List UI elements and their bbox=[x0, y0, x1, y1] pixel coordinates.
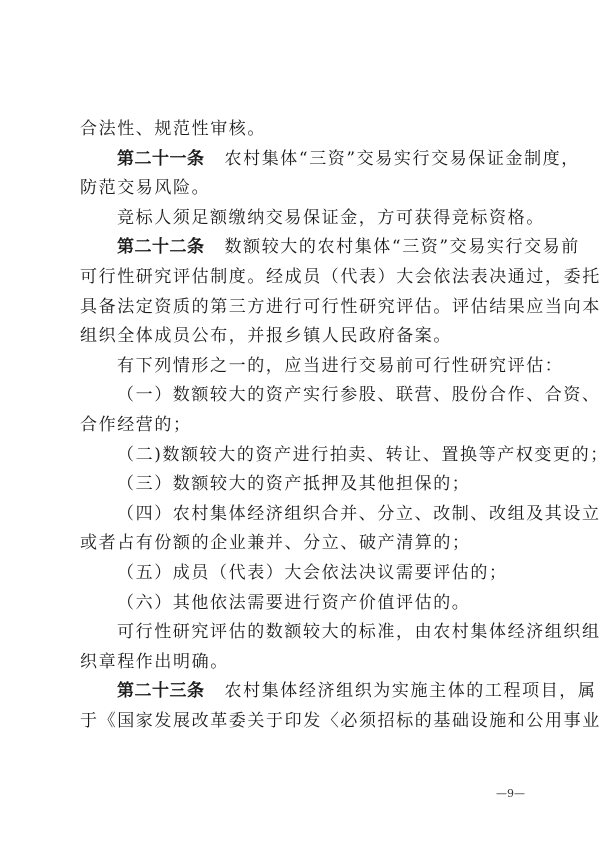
line-text: 可行性研究评估制度。经成员（代表）大会依法表决通过，委托 bbox=[80, 267, 600, 287]
article-22-heading-line: 第二十二条数额较大的农村集体“三资”交易实行交易前 bbox=[80, 233, 532, 263]
line-text: 合法性、规范性审核。 bbox=[80, 119, 266, 139]
text-line: 合作经营的； bbox=[80, 411, 532, 441]
article-number: 第二十二条 bbox=[117, 237, 205, 257]
article-23-heading-line: 第二十三条农村集体经济组织为实施主体的工程项目，属 bbox=[80, 677, 532, 707]
line-text: 农村集体经济组织为实施主体的工程项目，属 bbox=[225, 681, 597, 701]
text-line: 于《国家发展改革委关于印发〈必须招标的基础设施和公用事业 bbox=[80, 707, 532, 737]
document-body: 合法性、规范性审核。 第二十一条农村集体“三资”交易实行交易保证金制度， 防范交… bbox=[80, 115, 532, 736]
line-text: 数额较大的农村集体“三资”交易实行交易前 bbox=[225, 237, 580, 257]
line-text: （五）成员（代表）大会依法决议需要评估的； bbox=[117, 563, 508, 583]
text-line: 可行性研究评估制度。经成员（代表）大会依法表决通过，委托 bbox=[80, 263, 532, 293]
list-item-2: （二)数额较大的资产进行拍卖、转让、置换等产权变更的； bbox=[80, 441, 532, 471]
line-text: 防范交易风险。 bbox=[80, 178, 210, 198]
line-text: （一）数额较大的资产实行参股、联营、股份合作、合资、 bbox=[117, 385, 600, 405]
page-number: —9— bbox=[496, 787, 525, 800]
list-item-3: （三）数额较大的资产抵押及其他担保的； bbox=[80, 470, 532, 500]
line-text: 农村集体“三资”交易实行交易保证金制度， bbox=[225, 149, 580, 169]
article-21-heading-line: 第二十一条农村集体“三资”交易实行交易保证金制度， bbox=[80, 145, 532, 175]
text-line: 防范交易风险。 bbox=[80, 174, 532, 204]
line-text: （二)数额较大的资产进行拍卖、转让、置换等产权变更的； bbox=[117, 445, 600, 465]
line-text: 于《国家发展改革委关于印发〈必须招标的基础设施和公用事业 bbox=[80, 711, 600, 731]
document-page: 合法性、规范性审核。 第二十一条农村集体“三资”交易实行交易保证金制度， 防范交… bbox=[0, 0, 600, 848]
list-item-4: （四）农村集体经济组织合并、分立、改制、改组及其设立 bbox=[80, 500, 532, 530]
line-text: （四）农村集体经济组织合并、分立、改制、改组及其设立 bbox=[117, 504, 600, 524]
text-line: 可行性研究评估的数额较大的标准，由农村集体经济组织组 bbox=[80, 618, 532, 648]
line-text: 组织全体成员公布，并报乡镇人民政府备案。 bbox=[80, 326, 452, 346]
article-number: 第二十一条 bbox=[117, 149, 205, 169]
list-item-1: （一）数额较大的资产实行参股、联营、股份合作、合资、 bbox=[80, 381, 532, 411]
article-number: 第二十三条 bbox=[117, 681, 205, 701]
text-line: 具备法定资质的第三方进行可行性研究评估。评估结果应当向本 bbox=[80, 293, 532, 323]
line-text: （三）数额较大的资产抵押及其他担保的； bbox=[117, 474, 470, 494]
line-text: 合作经营的； bbox=[80, 415, 192, 435]
line-text: 可行性研究评估的数额较大的标准，由农村集体经济组织组 bbox=[117, 622, 600, 642]
text-line: 竞标人须足额缴纳交易保证金，方可获得竞标资格。 bbox=[80, 204, 532, 234]
text-line: 合法性、规范性审核。 bbox=[80, 115, 532, 145]
line-text: 竞标人须足额缴纳交易保证金，方可获得竞标资格。 bbox=[117, 208, 545, 228]
text-line: 有下列情形之一的，应当进行交易前可行性研究评估： bbox=[80, 352, 532, 382]
line-text: 或者占有份额的企业兼并、分立、破产清算的； bbox=[80, 533, 471, 553]
text-line: 或者占有份额的企业兼并、分立、破产清算的； bbox=[80, 529, 532, 559]
text-line: 组织全体成员公布，并报乡镇人民政府备案。 bbox=[80, 322, 532, 352]
text-line: 织章程作出明确。 bbox=[80, 648, 532, 678]
list-item-6: （六）其他依法需要进行资产价值评估的。 bbox=[80, 589, 532, 619]
list-item-5: （五）成员（代表）大会依法决议需要评估的； bbox=[80, 559, 532, 589]
line-text: 有下列情形之一的，应当进行交易前可行性研究评估： bbox=[117, 356, 563, 376]
line-text: （六）其他依法需要进行资产价值评估的。 bbox=[117, 593, 470, 613]
line-text: 织章程作出明确。 bbox=[80, 652, 229, 672]
line-text: 具备法定资质的第三方进行可行性研究评估。评估结果应当向本 bbox=[80, 297, 600, 317]
